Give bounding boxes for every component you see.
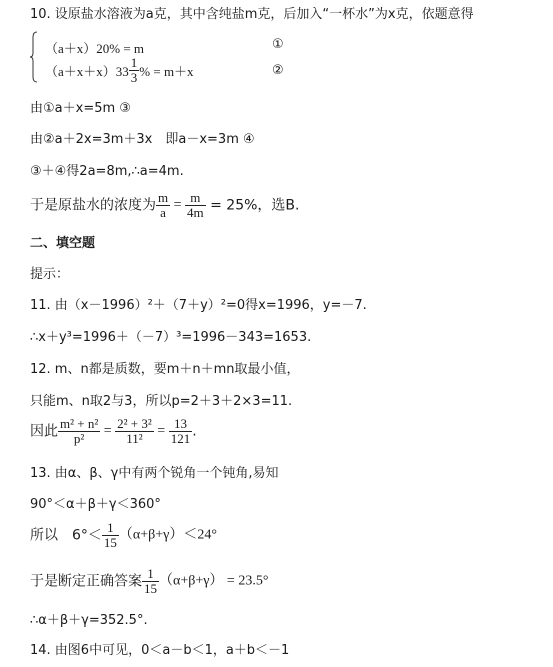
equation-2: （a＋x＋x）3313% = m＋x <box>45 56 194 85</box>
fraction-one-fifteenth-2: 115 <box>142 567 159 596</box>
q13-line-2: 90°＜α＋β＋γ＜360° <box>30 497 161 513</box>
fraction-m-over-a: ma <box>156 191 170 220</box>
q10-step-2: 由②a＋2x=3m＋3x 即a－x=3m ④ <box>30 132 255 148</box>
fraction-m2n2-over-p2: m² + n²p² <box>58 417 100 446</box>
q13-line-5: ∴α＋β＋γ=352.5°. <box>30 613 148 629</box>
equation-1: （a＋x）20% = m <box>45 38 144 57</box>
fraction-m-over-4m: m4m <box>185 191 206 220</box>
fraction-numeric: 2² + 3²11² <box>115 417 154 446</box>
hint-label: 提示： <box>30 267 69 283</box>
q10-step-3: ③＋④得2a=8m,∴a=4m. <box>30 164 184 180</box>
equation-2-left: （a＋x＋x）33 <box>45 64 129 79</box>
q12-line-1: 12. m、n都是质数，要m＋n＋mn取最小值， <box>30 362 300 378</box>
q10-concentration: 于是原盐水的浓度为ma = m4m = 25%，选B. <box>30 191 299 220</box>
q13-line-1: 13. 由α、β、γ中有两个锐角一个钝角,易知 <box>30 466 279 482</box>
equation-1-marker: ① <box>272 37 284 52</box>
q14-line-1: 14. 由图6中可见，0＜a－b＜1，a＋b＜－1 <box>30 643 289 659</box>
fraction-one-fifteenth: 115 <box>102 521 119 550</box>
q13-line-3: 所以 6°＜115（α+β+γ）＜24° <box>30 521 217 550</box>
q10-step-1: 由①a＋x=5m ③ <box>30 101 131 117</box>
equation-2-marker: ② <box>272 63 284 78</box>
q12-line-3: 因此m² + n²p² = 2² + 3²11² = 13121. <box>30 417 197 446</box>
left-brace-icon <box>30 31 38 83</box>
q11-line-2: ∴x＋y³=1996＋（－7）³=1996－343=1653. <box>30 330 311 346</box>
equation-2-right: % = m＋x <box>139 64 193 79</box>
q10-intro: 10. 设原盐水溶液为a克，其中含纯盐m克，后加入“一杯水”为x克，依题意得 <box>30 7 474 23</box>
fraction-result: 13121 <box>169 417 193 446</box>
section-title: 二、填空题 <box>30 236 95 252</box>
fraction-one-third: 13 <box>129 56 140 85</box>
q11-line-1: 11. 由（x－1996）²＋（7＋y）²=0得x=1996，y=－7. <box>30 298 367 314</box>
q12-line-2: 只能m、n取2与3，所以p=2＋3＋2×3=11. <box>30 394 292 410</box>
q13-line-4: 于是断定正确答案115（α+β+γ） = 23.5° <box>30 567 268 596</box>
